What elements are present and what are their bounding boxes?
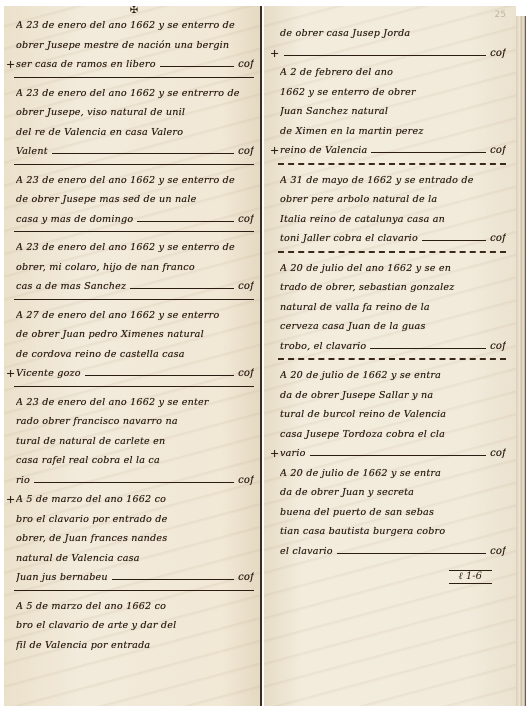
entry-last-line: casa y mas de domingo cof (16, 210, 254, 230)
entry-last-line: + reino de Valencia cof (280, 141, 506, 161)
entry-line: A 23 de enero del ano 1662 y se entrerro… (16, 84, 254, 104)
line-filler-rule (52, 144, 234, 154)
entry-line: casa rafel real cobra el la ca (16, 451, 254, 471)
line-filler-rule (34, 473, 234, 483)
entry-line: casa y mas de domingo (16, 210, 133, 229)
entry-line: natural de valla fa reino de la (280, 298, 506, 318)
entry-line: + A 5 de marzo del ano 1662 co (16, 490, 254, 510)
entry-line: da de obrer Juan y secreta (280, 483, 506, 503)
entry-line: A 2 de febrero del ano (280, 63, 506, 83)
right-page-text: de obrer casa Jusep Jorda + cof A 2 de f… (278, 24, 506, 586)
entry-line: vario (280, 444, 306, 463)
entry-line: 1662 y se enterro de obrer (280, 83, 506, 103)
line-filler-rule (137, 212, 234, 222)
register-entry: de obrer casa Jusep Jorda + cof (278, 24, 506, 63)
entry-last-line: Juan jus bernabeu cof (16, 568, 254, 588)
register-entry: A 23 de enero del ano 1662 y se enterro … (14, 238, 254, 297)
line-filler-rule (85, 366, 234, 376)
entry-last-line: + ser casa de ramos en libero cof (16, 55, 254, 75)
page-stack-edge (516, 16, 526, 706)
left-page: ✠ A 23 de enero del ano 1662 y se enterr… (4, 6, 262, 706)
register-entry: A 23 de enero del ano 1662 y se enter ra… (14, 393, 254, 491)
entry-divider (14, 299, 254, 300)
right-page: 25 de obrer casa Jusep Jorda + cof A 2 d… (264, 6, 516, 706)
entry-line: obrer Jusepe mestre de nación una bergin (16, 36, 254, 56)
line-filler-rule (422, 231, 486, 241)
collected-mark: cof (238, 55, 254, 74)
entry-line-text: A 5 de marzo del ano 1662 co (16, 494, 166, 505)
entry-line: Vicente gozo (16, 364, 81, 383)
entry-line: A 20 de julio de 1662 y se entra (280, 366, 506, 386)
entry-line: A 23 de enero del ano 1662 y se enterro … (16, 171, 254, 191)
register-entry: A 31 de mayo de 1662 y se entrado de obr… (278, 171, 506, 249)
collected-mark: cof (238, 210, 254, 229)
entry-divider (14, 590, 254, 591)
entry-line: de Ximen en la martin perez (280, 122, 506, 142)
line-filler-rule (160, 57, 234, 67)
register-entry: A 23 de enero del ano 1662 y se enterro … (14, 171, 254, 230)
entry-line: toni Jaller cobra el clavario (280, 229, 418, 248)
entry-last-line: + vario cof (280, 444, 506, 464)
collected-mark: cof (238, 364, 254, 383)
collected-mark: cof (490, 444, 506, 463)
register-entry: + A 5 de marzo del ano 1662 co bro el cl… (14, 490, 254, 588)
entry-line: A 23 de enero del ano 1662 y se enterro … (16, 238, 254, 258)
entry-line: A 5 de marzo del ano 1662 co (16, 597, 254, 617)
register-entry: A 5 de marzo del ano 1662 co bro el clav… (14, 597, 254, 656)
entry-line: rado obrer francisco navarro na (16, 412, 254, 432)
line-filler-rule (284, 46, 486, 56)
entry-last-line: cas a de mas Sanchez cof (16, 277, 254, 297)
entry-line: de obrer Juan pedro Ximenes natural (16, 325, 254, 345)
collected-mark: cof (490, 337, 506, 356)
register-entry: A 20 de julio de 1662 y se entra da de o… (278, 366, 506, 464)
collected-mark: cof (238, 142, 254, 161)
entry-line: Juan jus bernabeu (16, 568, 108, 587)
entry-line: tural de natural de carlete en (16, 432, 254, 452)
register-entry: A 27 de enero del ano 1662 y se enterro … (14, 306, 254, 384)
entry-line: tural de burcol reino de Valencia (280, 405, 506, 425)
entry-line: el clavario (280, 542, 333, 561)
entry-last-line: toni Jaller cobra el clavario cof (280, 229, 506, 249)
collected-mark: cof (490, 141, 506, 160)
entry-line: natural de Valencia casa (16, 549, 254, 569)
register-entry: A 23 de enero del ano 1662 y se entrerro… (14, 84, 254, 162)
entry-last-line: rio cof (16, 471, 254, 491)
entry-line: de obrer casa Jusep Jorda (280, 24, 506, 44)
entry-line: Valent (16, 142, 48, 161)
line-filler-rule (370, 339, 486, 349)
entry-line: buena del puerto de san sebas (280, 503, 506, 523)
entry-line: A 23 de enero del ano 1662 y se enter (16, 393, 254, 413)
page-total-value: ℓ 1-6 (449, 570, 492, 584)
entry-line: reino de Valencia (280, 141, 367, 160)
left-page-text: ✠ A 23 de enero del ano 1662 y se enterr… (14, 6, 254, 655)
entry-line: de obrer Jusepe mas sed de un nale (16, 190, 254, 210)
collected-mark: cof (490, 542, 506, 561)
folio-number: 25 (495, 10, 506, 20)
entry-line: A 20 de julio del ano 1662 y se en (280, 259, 506, 279)
entry-line: ser casa de ramos en libero (16, 55, 156, 74)
collected-mark: cof (490, 44, 506, 63)
collected-mark: cof (490, 229, 506, 248)
entry-line: casa Jusepe Tordoza cobra el cla (280, 425, 506, 445)
entry-last-line: trobo, el clavario cof (280, 337, 506, 357)
entry-line: obrer, mi colaro, hijo de nan franco (16, 258, 254, 278)
entry-line: obrer Jusepe, viso natural de unil (16, 103, 254, 123)
entry-line: bro el clavario por entrado de (16, 510, 254, 530)
entry-divider (14, 386, 254, 387)
entry-divider (278, 358, 506, 360)
entry-last-line: el clavario cof (280, 542, 506, 562)
entry-line: obrer pere arbolo natural de la (280, 190, 506, 210)
entry-line: Italia reino de catalunya casa an (280, 210, 506, 230)
register-entry: A 20 de julio de 1662 y se entra da de o… (278, 464, 506, 562)
entry-line: A 23 de enero del ano 1662 y se enterro … (16, 16, 254, 36)
entry-divider (14, 231, 254, 232)
entry-line: A 20 de julio de 1662 y se entra (280, 464, 506, 484)
entry-last-line: + cof (280, 44, 506, 64)
entry-last-line: + Vicente gozo cof (16, 364, 254, 384)
entry-divider (278, 163, 506, 165)
entry-line: Juan Sanchez natural (280, 102, 506, 122)
entry-last-line: Valent cof (16, 142, 254, 162)
entry-line: cas a de mas Sanchez (16, 277, 126, 296)
collected-mark: cof (238, 471, 254, 490)
collected-mark: cof (238, 277, 254, 296)
open-manuscript-book: ✠ A 23 de enero del ano 1662 y se enterr… (4, 6, 526, 706)
line-filler-rule (371, 143, 486, 153)
entry-line: A 27 de enero del ano 1662 y se enterro (16, 306, 254, 326)
line-filler-rule (337, 544, 486, 554)
entry-divider (278, 251, 506, 253)
entry-line: A 31 de mayo de 1662 y se entrado de (280, 171, 506, 191)
entry-divider (14, 77, 254, 78)
page-total: ℓ 1-6 (278, 567, 506, 586)
register-entry: A 20 de julio del ano 1662 y se en trado… (278, 259, 506, 357)
entry-line: de cordova reino de castella casa (16, 345, 254, 365)
top-flourish-icon: ✠ (14, 6, 254, 16)
entry-divider (14, 164, 254, 165)
register-entry: A 23 de enero del ano 1662 y se enterro … (14, 16, 254, 75)
entry-line: cerveza casa Juan de la guas (280, 317, 506, 337)
entry-line: tian casa bautista burgera cobro (280, 522, 506, 542)
entry-line: trado de obrer, sebastian gonzalez (280, 278, 506, 298)
entry-line: fil de Valencia por entrada (16, 636, 254, 656)
entry-line: rio (16, 471, 30, 490)
line-filler-rule (130, 279, 234, 289)
line-filler-rule (310, 446, 486, 456)
line-filler-rule (112, 570, 234, 580)
entry-line: trobo, el clavario (280, 337, 366, 356)
entry-line: del re de Valencia en casa Valero (16, 123, 254, 143)
entry-line: obrer, de Juan frances nandes (16, 529, 254, 549)
entry-line: bro el clavario de arte y dar del (16, 616, 254, 636)
entry-line: da de obrer Jusepe Sallar y na (280, 386, 506, 406)
register-entry: A 2 de febrero del ano 1662 y se enterro… (278, 63, 506, 161)
collected-mark: cof (238, 568, 254, 587)
